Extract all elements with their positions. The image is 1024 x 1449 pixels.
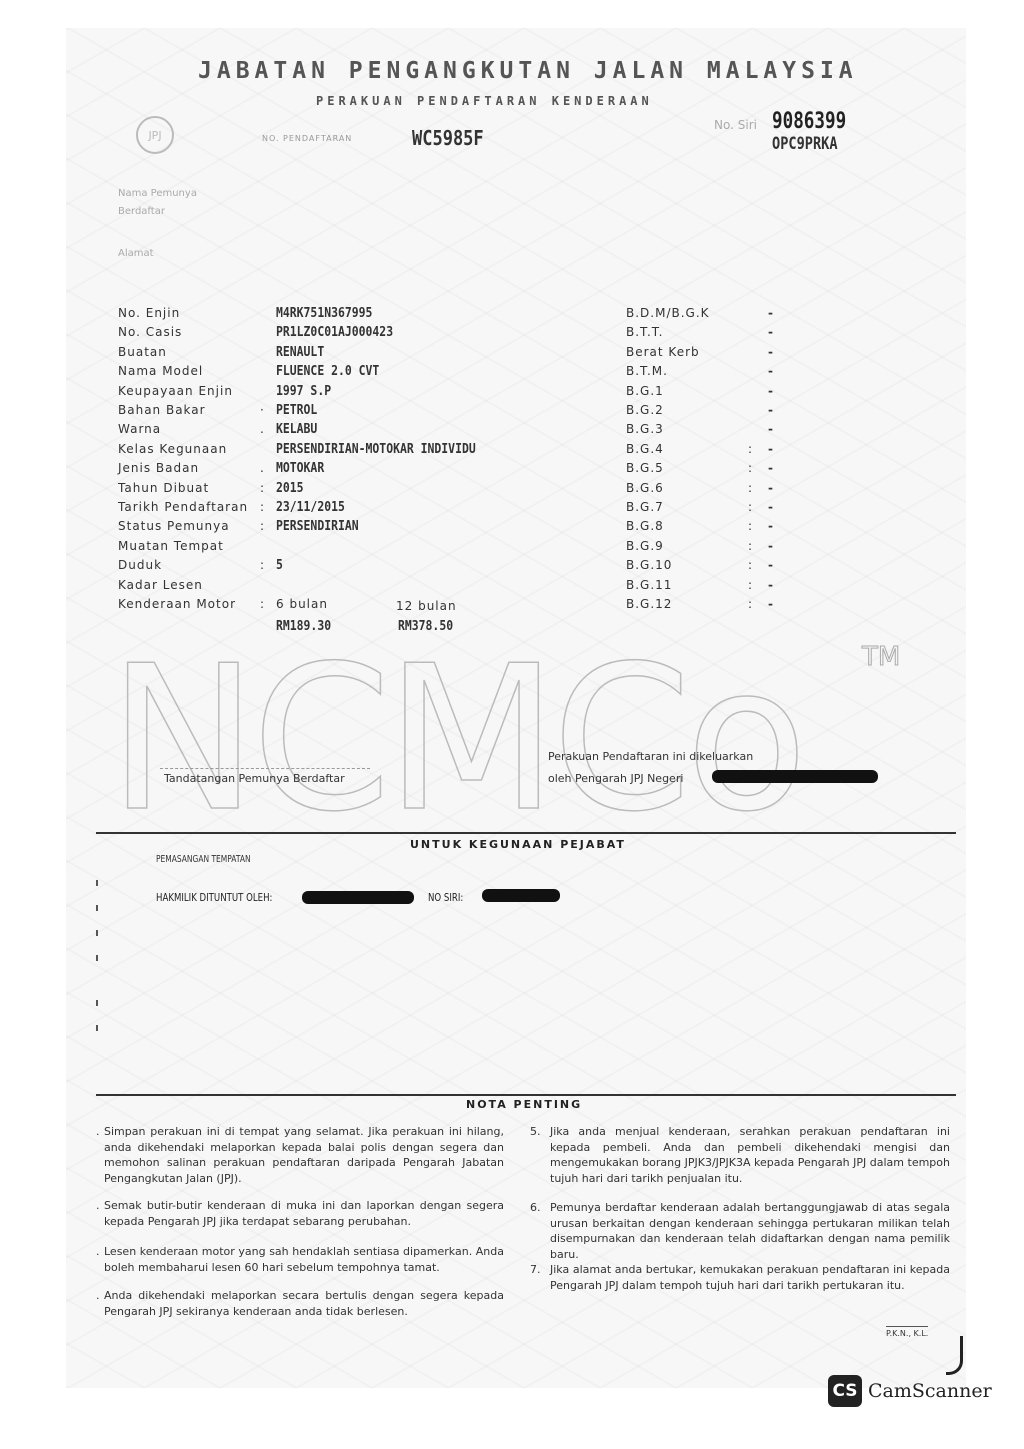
detail-separator: :: [260, 481, 270, 495]
weight-row: B.G.9:-: [626, 539, 786, 558]
detail-label: Kelas Kegunaan: [118, 442, 258, 456]
redacted-claimant: [302, 891, 414, 904]
weight-separator: :: [748, 481, 753, 495]
important-notes-title: NOTA PENTING: [466, 1098, 582, 1111]
note-number: 7.: [530, 1262, 541, 1278]
weight-label: B.G.12: [626, 597, 672, 611]
weight-separator: :: [748, 539, 753, 553]
weight-label: B.G.11: [626, 578, 672, 592]
weight-value: -: [768, 325, 774, 339]
redacted-state: [712, 770, 878, 783]
issued-statement: Perakuan Pendaftaran ini dikeluarkan: [548, 750, 753, 763]
issued-by-label: oleh Pengarah JPJ Negeri: [548, 772, 683, 785]
detail-separator: :: [260, 519, 270, 533]
note-item: .Semak butir-butir kenderaan di muka ini…: [104, 1198, 504, 1229]
margin-mark: [96, 905, 98, 911]
weight-value: -: [768, 519, 774, 533]
weight-row: B.G.3-: [626, 422, 786, 441]
note-number: 5.: [530, 1124, 541, 1140]
detail-label: No. Casis: [118, 325, 258, 339]
detail-separator: ·: [260, 403, 270, 417]
note-number: 6.: [530, 1200, 541, 1216]
trademark-symbol: TM: [862, 642, 900, 672]
document-title: PERAKUAN PENDAFTARAN KENDERAAN: [316, 94, 653, 108]
weight-separator: :: [748, 578, 753, 592]
weight-row: B.G.5:-: [626, 461, 786, 480]
note-text: Jika alamat anda bertukar, kemukakan per…: [550, 1263, 950, 1292]
weight-value: -: [768, 306, 774, 320]
detail-value: PETROL: [276, 403, 317, 418]
owner-name-label-2: Berdaftar: [118, 206, 165, 217]
weight-value: -: [768, 558, 774, 572]
weight-separator: :: [748, 500, 753, 514]
detail-value: FLUENCE 2.0 CVT: [276, 364, 379, 379]
owner-name-label: Nama Pemunya: [118, 188, 197, 199]
weight-value: -: [768, 461, 774, 475]
detail-label: Buatan: [118, 345, 258, 359]
weight-value: -: [768, 597, 774, 611]
weight-label: B.G.7: [626, 500, 664, 514]
serial-code: OPC9PRKA: [772, 134, 838, 154]
detail-label: Kadar Lesen: [118, 578, 258, 592]
detail-value: RENAULT: [276, 345, 324, 360]
note-text: Simpan perakuan ini di tempat yang selam…: [104, 1125, 504, 1185]
margin-mark: [96, 1000, 98, 1006]
margin-mark: [96, 880, 98, 886]
weight-row: B.G.4:-: [626, 442, 786, 461]
weight-label: Berat Kerb: [626, 345, 700, 359]
weight-separator: :: [748, 519, 753, 533]
watermark-logo: NCMCo: [108, 640, 802, 840]
weight-label: B.G.9: [626, 539, 664, 553]
divider: [96, 832, 956, 834]
weight-row: B.G.7:-: [626, 500, 786, 519]
office-use-title: UNTUK KEGUNAAN PEJABAT: [410, 838, 626, 851]
note-item: 5.Jika anda menjual kenderaan, serahkan …: [550, 1124, 950, 1186]
detail-value: KELABU: [276, 422, 317, 437]
note-text: Lesen kenderaan motor yang sah hendaklah…: [104, 1245, 504, 1274]
weight-row: B.G.12:-: [626, 597, 786, 616]
weight-value: -: [768, 403, 774, 417]
note-number: .: [96, 1244, 100, 1260]
weight-label: B.G.4: [626, 442, 664, 456]
detail-label: Kenderaan Motor: [118, 597, 258, 611]
redacted-serial: [482, 889, 560, 902]
weight-label: B.G.2: [626, 403, 664, 417]
weight-row: B.T.M.-: [626, 364, 786, 383]
margin-mark: [96, 1025, 98, 1031]
detail-value: M4RK751N367995: [276, 306, 372, 321]
margin-mark: [96, 930, 98, 936]
registration-label: NO. PENDAFTARAN: [262, 134, 352, 143]
detail-label: Tarikh Pendaftaran: [118, 500, 258, 514]
weight-label: B.G.5: [626, 461, 664, 475]
note-text: Jika anda menjual kenderaan, serahkan pe…: [550, 1125, 950, 1185]
weight-label: B.G.3: [626, 422, 664, 436]
weight-row: B.G.6:-: [626, 481, 786, 500]
detail-label: Nama Model: [118, 364, 258, 378]
note-number: .: [96, 1288, 100, 1304]
detail-value: PR1LZ0C01AJ000423: [276, 325, 393, 340]
detail-label: Muatan Tempat: [118, 539, 258, 553]
detail-value: 5: [276, 558, 283, 573]
office-serial-label: NO SIRI:: [428, 891, 463, 904]
divider: [96, 1094, 956, 1096]
period-12-label: 12 bulan: [396, 599, 457, 613]
detail-value: PERSENDIRIAN: [276, 519, 359, 534]
weight-row: B.G.10:-: [626, 558, 786, 577]
local-install-label: PEMASANGAN TEMPATAN: [156, 854, 251, 865]
weight-row: B.T.T.-: [626, 325, 786, 344]
jpj-emblem-icon: JPJ: [136, 116, 174, 154]
ownership-claim-label: HAKMILIK DITUNTUT OLEH:: [156, 891, 272, 904]
weight-label: B.G.1: [626, 384, 664, 398]
weight-row: Berat Kerb-: [626, 345, 786, 364]
detail-label: Keupayaan Enjin: [118, 384, 258, 398]
weight-value: -: [768, 442, 774, 456]
weight-value: -: [768, 481, 774, 495]
weight-value: -: [768, 500, 774, 514]
margin-mark: [96, 955, 98, 961]
detail-label: No. Enjin: [118, 306, 258, 320]
weight-separator: :: [748, 442, 753, 456]
weight-label: B.G.6: [626, 481, 664, 495]
serial-label: No. Siri: [714, 118, 757, 132]
weight-row: B.G.11:-: [626, 578, 786, 597]
detail-label: Warna: [118, 422, 258, 436]
camscanner-brand: CamScanner: [868, 1380, 992, 1402]
weight-label: B.G.10: [626, 558, 672, 572]
weight-label: B.T.T.: [626, 325, 664, 339]
detail-label: Bahan Bakar: [118, 403, 258, 417]
weight-value: -: [768, 539, 774, 553]
detail-separator: :: [260, 500, 270, 514]
agency-title: JABATAN PENGANGKUTAN JALAN MALAYSIA: [198, 58, 858, 84]
note-number: .: [96, 1124, 100, 1140]
owner-signature-label: Tandatangan Pemunya Berdaftar: [164, 772, 345, 785]
detail-label: Jenis Badan: [118, 461, 258, 475]
note-item: .Anda dikehendaki melaporkan secara bert…: [104, 1288, 504, 1319]
detail-value: 2015: [276, 481, 304, 496]
note-text: Pemunya berdaftar kenderaan adalah berta…: [550, 1201, 950, 1261]
detail-value: MOTOKAR: [276, 461, 324, 476]
weight-label: B.G.8: [626, 519, 664, 533]
note-item: 7.Jika alamat anda bertukar, kemukakan p…: [550, 1262, 950, 1293]
detail-separator: .: [260, 422, 270, 436]
signature-line: [160, 768, 370, 769]
weight-separator: :: [748, 558, 753, 572]
weight-value: -: [768, 422, 774, 436]
note-text: Anda dikehendaki melaporkan secara bertu…: [104, 1289, 504, 1318]
weight-value: -: [768, 384, 774, 398]
note-text: Semak butir-butir kenderaan di muka ini …: [104, 1199, 504, 1228]
weight-label: B.D.M/B.G.K: [626, 306, 710, 320]
note-item: .Lesen kenderaan motor yang sah hendakla…: [104, 1244, 504, 1275]
detail-value: 23/11/2015: [276, 500, 345, 515]
weight-row: B.G.2-: [626, 403, 786, 422]
detail-value: 1997 S.P: [276, 384, 331, 399]
note-item: 6.Pemunya berdaftar kenderaan adalah ber…: [550, 1200, 950, 1262]
note-item: .Simpan perakuan ini di tempat yang sela…: [104, 1124, 504, 1186]
weight-row: B.D.M/B.G.K-: [626, 306, 786, 325]
detail-label: Status Pemunya: [118, 519, 258, 533]
weight-value: -: [768, 578, 774, 592]
detail-label: Duduk: [118, 558, 258, 572]
weight-label: B.T.M.: [626, 364, 668, 378]
weight-separator: :: [748, 597, 753, 611]
weight-value: -: [768, 345, 774, 359]
note-number: .: [96, 1198, 100, 1214]
detail-value: 6 bulan: [276, 597, 328, 611]
weight-value: -: [768, 364, 774, 378]
weight-row: B.G.8:-: [626, 519, 786, 538]
weight-separator: :: [748, 461, 753, 475]
footer-code: P.K.N., K.L.: [886, 1326, 928, 1338]
detail-separator: :: [260, 597, 270, 611]
registration-number: WC5985F: [412, 126, 484, 150]
weight-row: B.G.1-: [626, 384, 786, 403]
detail-separator: :: [260, 558, 270, 572]
detail-separator: .: [260, 461, 270, 475]
serial-number: 9086399: [772, 112, 846, 132]
address-label: Alamat: [118, 248, 154, 259]
detail-label: Tahun Dibuat: [118, 481, 258, 495]
detail-value: PERSENDIRIAN-MOTOKAR INDIVIDU: [276, 442, 476, 457]
camscanner-logo-icon: CS: [828, 1375, 862, 1407]
